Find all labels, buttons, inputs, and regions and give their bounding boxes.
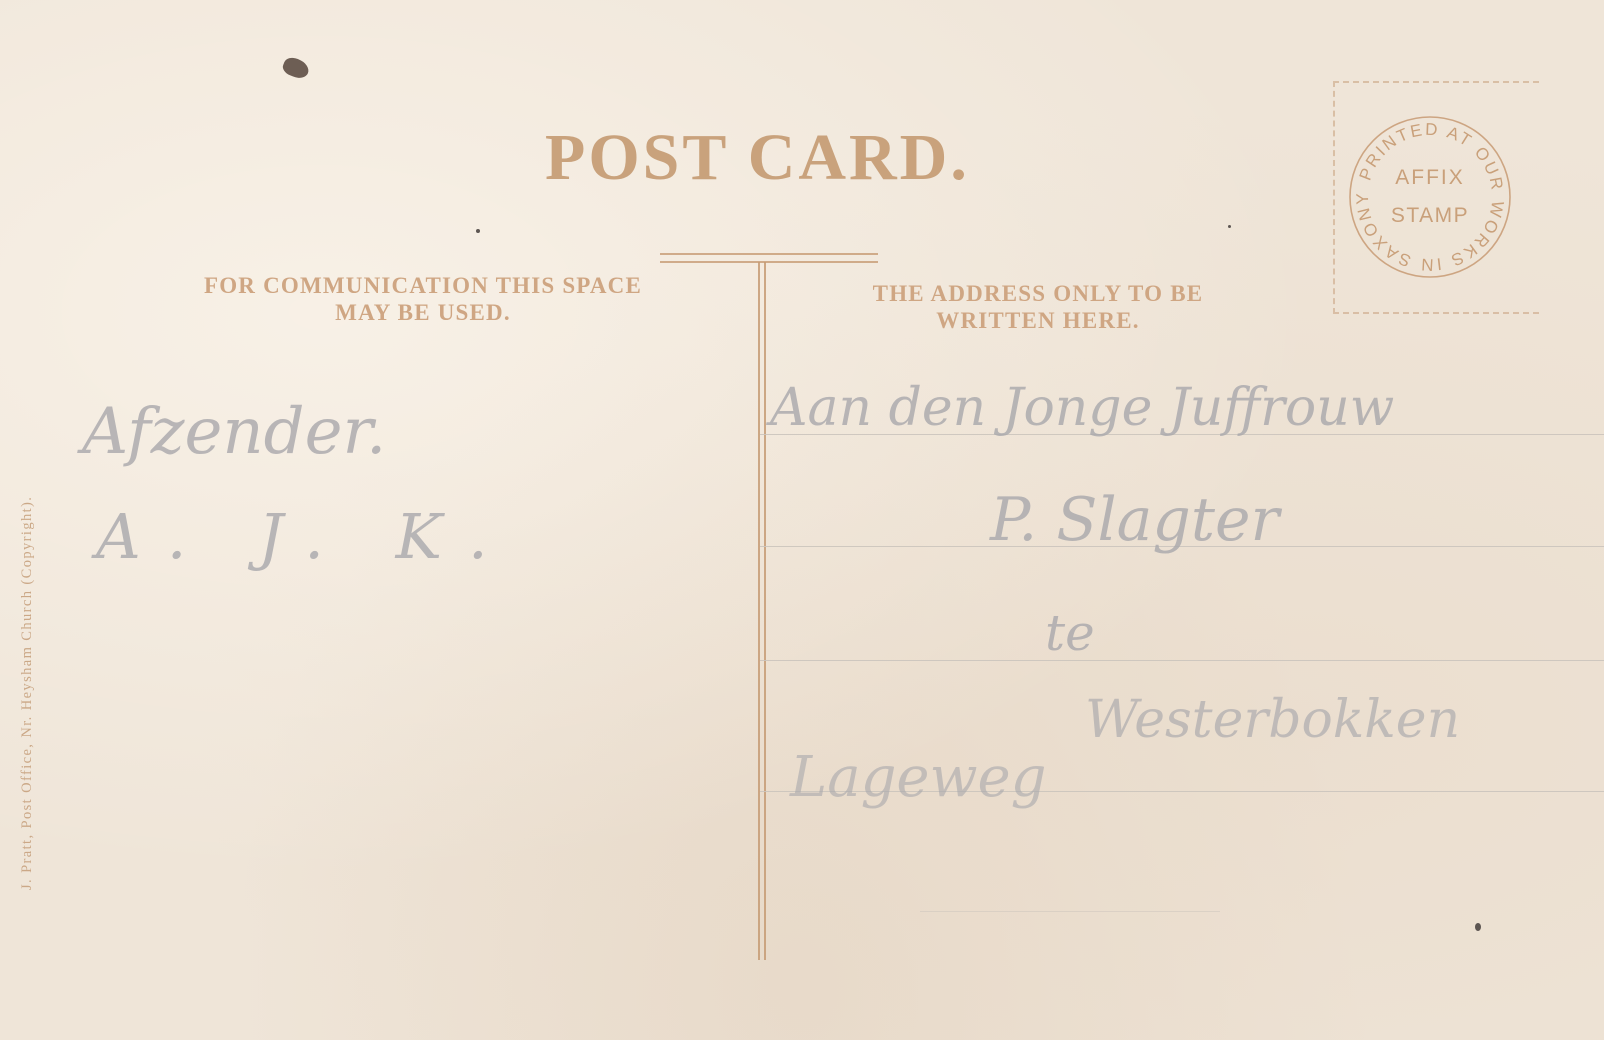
paper-speck <box>1228 225 1231 228</box>
divider-top-rule-2 <box>660 261 878 263</box>
postcard-title: POST CARD. <box>545 125 970 191</box>
stamp-center-line2: STAMP <box>1391 204 1469 227</box>
communication-label-line2: MAY BE USED. <box>138 299 708 326</box>
address-label: THE ADDRESS ONLY TO BE WRITTEN HERE. <box>808 280 1268 334</box>
address-label-line1: THE ADDRESS ONLY TO BE <box>808 280 1268 307</box>
publisher-credit: J. Pratt, Post Office, Nr. Heysham Churc… <box>19 496 36 890</box>
postcard-back: POST CARD. FOR COMMUNICATION THIS SPACE … <box>0 0 1604 1040</box>
address-ruled-line-5 <box>920 911 1220 912</box>
handwritten-address-line1: Aan den Jonge Juffrouw <box>770 378 1394 438</box>
paper-speck <box>476 229 480 233</box>
stamp-circle-icon: PRINTED AT OUR WORKS IN SAXONY AFFIX STA… <box>1345 112 1515 282</box>
ink-blot <box>281 55 312 81</box>
divider-top-rule-1 <box>660 253 878 255</box>
address-label-line2: WRITTEN HERE. <box>808 307 1268 334</box>
handwritten-address-line3: te <box>1045 604 1095 662</box>
address-ruled-line-3 <box>760 660 1604 661</box>
handwritten-address-line4: Westerbokken <box>1085 690 1460 750</box>
divider-vertical-rule-2 <box>764 262 766 960</box>
handwritten-sender-label: Afzender. <box>82 395 386 469</box>
communication-label-line1: FOR COMMUNICATION THIS SPACE <box>138 272 708 299</box>
svg-text:PRINTED AT OUR WORKS IN SAXONY: PRINTED AT OUR WORKS IN SAXONY <box>1353 120 1507 275</box>
handwritten-sender-initials: A. J. K. <box>96 500 514 573</box>
paper-speck <box>1475 923 1481 931</box>
stamp-center-line1: AFFIX <box>1395 166 1465 189</box>
divider-vertical-rule-1 <box>758 262 760 960</box>
handwritten-address-line2: P. Slagter <box>990 485 1279 555</box>
stamp-ring-text: PRINTED AT OUR WORKS IN SAXONY <box>1353 120 1507 275</box>
communication-label: FOR COMMUNICATION THIS SPACE MAY BE USED… <box>138 272 708 326</box>
handwritten-address-line5: Lageweg <box>790 745 1046 810</box>
